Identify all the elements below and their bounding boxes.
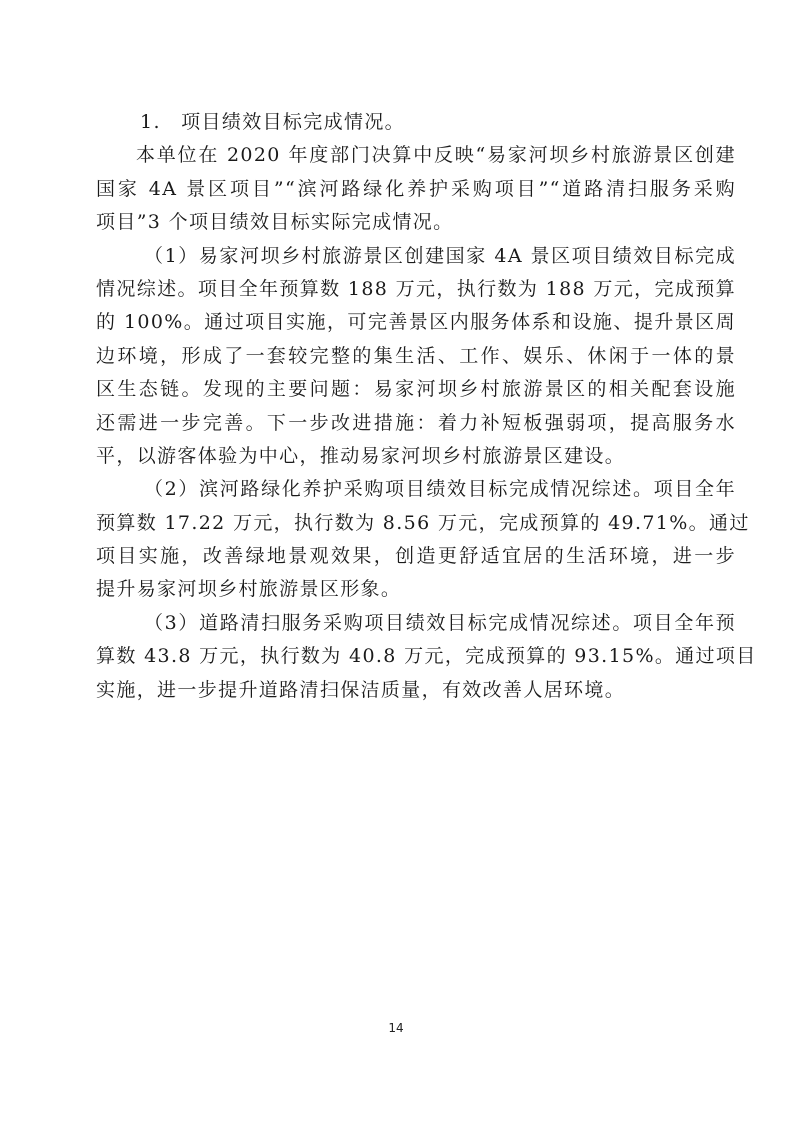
paragraph-line: 国家 4A 景区项目”“滨河路绿化养护采购项目”“道路清扫服务采购: [96, 173, 736, 206]
paragraph-line: 提升易家河坝乡村旅游景区形象。: [96, 573, 736, 606]
paragraph-line: 算数 43.8 万元，执行数为 40.8 万元，完成预算的 93.15%。通过项…: [96, 640, 736, 673]
paragraph-line: 项目实施，改善绿地景观效果，创造更舒适宜居的生活环境，进一步: [96, 540, 736, 573]
paragraph-item-2: （2）滨河路绿化养护采购项目绩效目标完成情况综述。项目全年 预算数 17.22 …: [96, 473, 736, 607]
paragraph-line: 的 100%。通过项目实施，可完善景区内服务体系和设施、提升景区周: [96, 306, 736, 339]
paragraph-line: （2）滨河路绿化养护采购项目绩效目标完成情况综述。项目全年: [96, 473, 736, 506]
paragraph-line: 区生态链。发现的主要问题：易家河坝乡村旅游景区的相关配套设施: [96, 373, 736, 406]
paragraph-line: 还需进一步完善。下一步改进措施：着力补短板强弱项，提高服务水: [96, 407, 736, 440]
page-number: 14: [0, 1021, 792, 1035]
document-page: 1. 项目绩效目标完成情况。 本单位在 2020 年度部门决算中反映“易家河坝乡…: [0, 0, 792, 1122]
paragraph-item-1: （1）易家河坝乡村旅游景区创建国家 4A 景区项目绩效目标完成 情况综述。项目全…: [96, 240, 736, 474]
paragraph-line: 项目”3 个项目绩效目标实际完成情况。: [96, 206, 736, 239]
paragraph-line: 实施，进一步提升道路清扫保洁质量，有效改善人居环境。: [96, 674, 736, 707]
paragraph-item-3: （3）道路清扫服务采购项目绩效目标完成情况综述。项目全年预 算数 43.8 万元…: [96, 607, 736, 707]
section-heading: 1. 项目绩效目标完成情况。: [96, 106, 736, 139]
document-body: 1. 项目绩效目标完成情况。 本单位在 2020 年度部门决算中反映“易家河坝乡…: [96, 106, 736, 707]
paragraph-intro: 本单位在 2020 年度部门决算中反映“易家河坝乡村旅游景区创建 国家 4A 景…: [96, 139, 736, 239]
paragraph-line: 预算数 17.22 万元，执行数为 8.56 万元，完成预算的 49.71%。通…: [96, 507, 736, 540]
paragraph-line: 边环境，形成了一套较完整的集生活、工作、娱乐、休闲于一体的景: [96, 340, 736, 373]
paragraph-line: 本单位在 2020 年度部门决算中反映“易家河坝乡村旅游景区创建: [96, 139, 736, 172]
paragraph-line: 情况综述。项目全年预算数 188 万元，执行数为 188 万元，完成预算: [96, 273, 736, 306]
paragraph-line: （1）易家河坝乡村旅游景区创建国家 4A 景区项目绩效目标完成: [96, 240, 736, 273]
paragraph-line: （3）道路清扫服务采购项目绩效目标完成情况综述。项目全年预: [96, 607, 736, 640]
paragraph-line: 平，以游客体验为中心，推动易家河坝乡村旅游景区建设。: [96, 440, 736, 473]
